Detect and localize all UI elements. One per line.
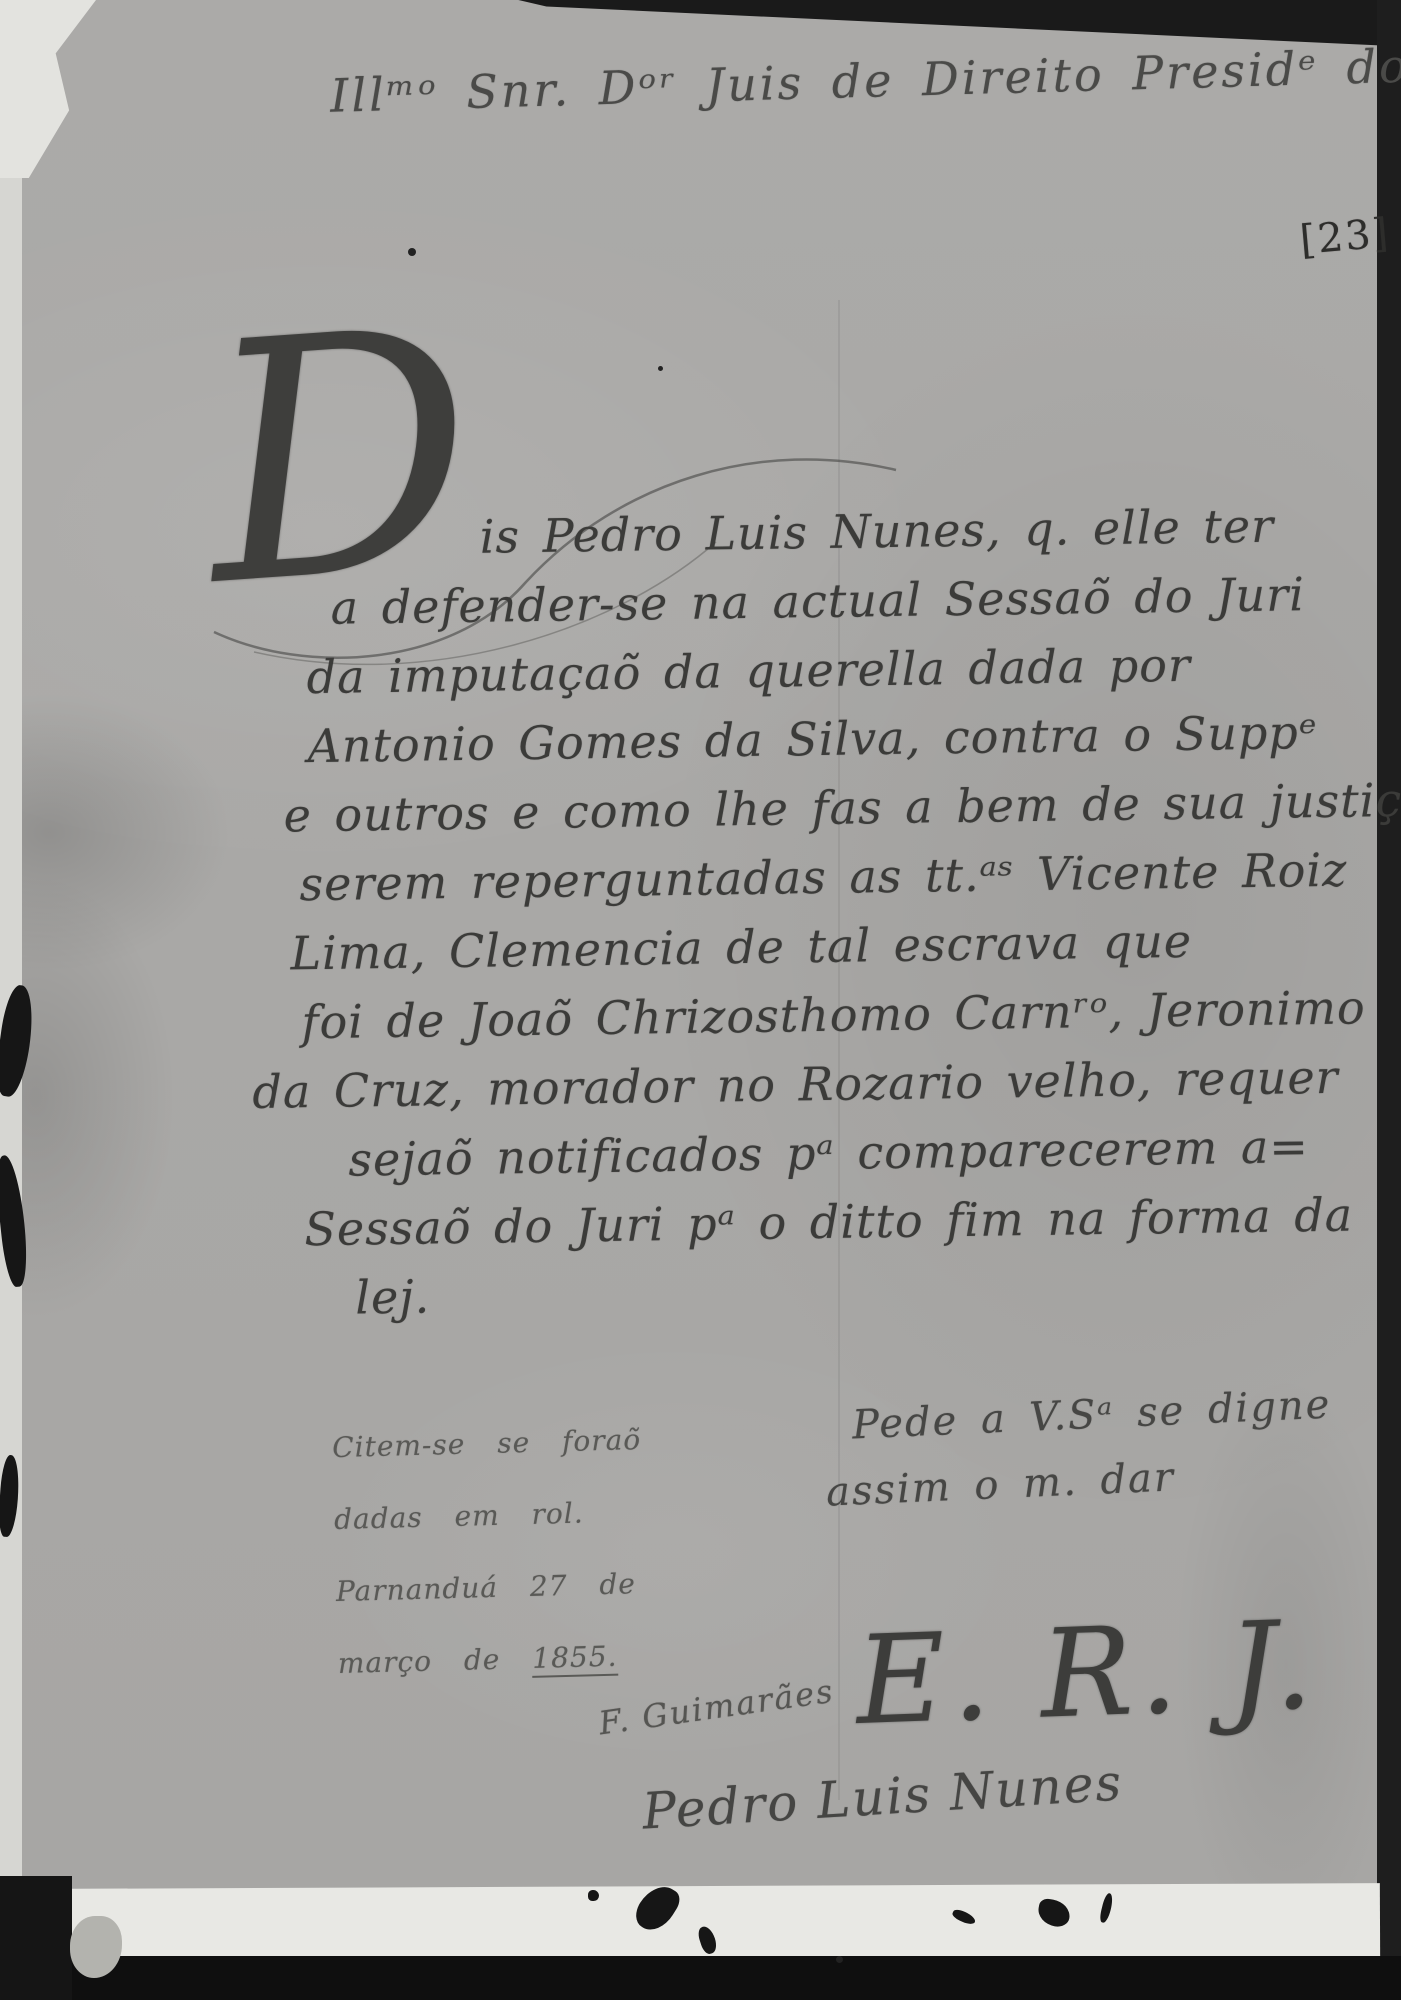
page-number: [23] (1298, 210, 1392, 264)
despacho-year: 1855. (532, 1640, 618, 1678)
closing-formula-erj: E. R. J. (854, 1594, 1321, 1752)
despacho-line: Citem-se se foraõ (331, 1404, 642, 1484)
despacho-block: Citem-se se foraõ dadas em rol. Parnandu… (331, 1404, 647, 1700)
despacho-date-line: março de 1855. (337, 1620, 648, 1700)
despacho-month: março de (337, 1643, 500, 1680)
scan-corner-bottom-left (0, 1876, 72, 2000)
ink-blot (588, 1890, 599, 1901)
despacho-line: dadas em rol. (333, 1476, 644, 1556)
body-text: is Pedro Luis Nunes, q. elle ter a defen… (244, 490, 1395, 1334)
scan-edge-bottom (0, 1956, 1401, 2000)
ink-speck (408, 248, 416, 256)
ink-speck (836, 1956, 843, 1963)
scanned-manuscript-page: Illᵐᵒ Snr. Dᵒʳ Juis de Direito Presidᵉ d… (0, 0, 1401, 2000)
despacho-line: Parnanduá 27 de (335, 1548, 646, 1628)
